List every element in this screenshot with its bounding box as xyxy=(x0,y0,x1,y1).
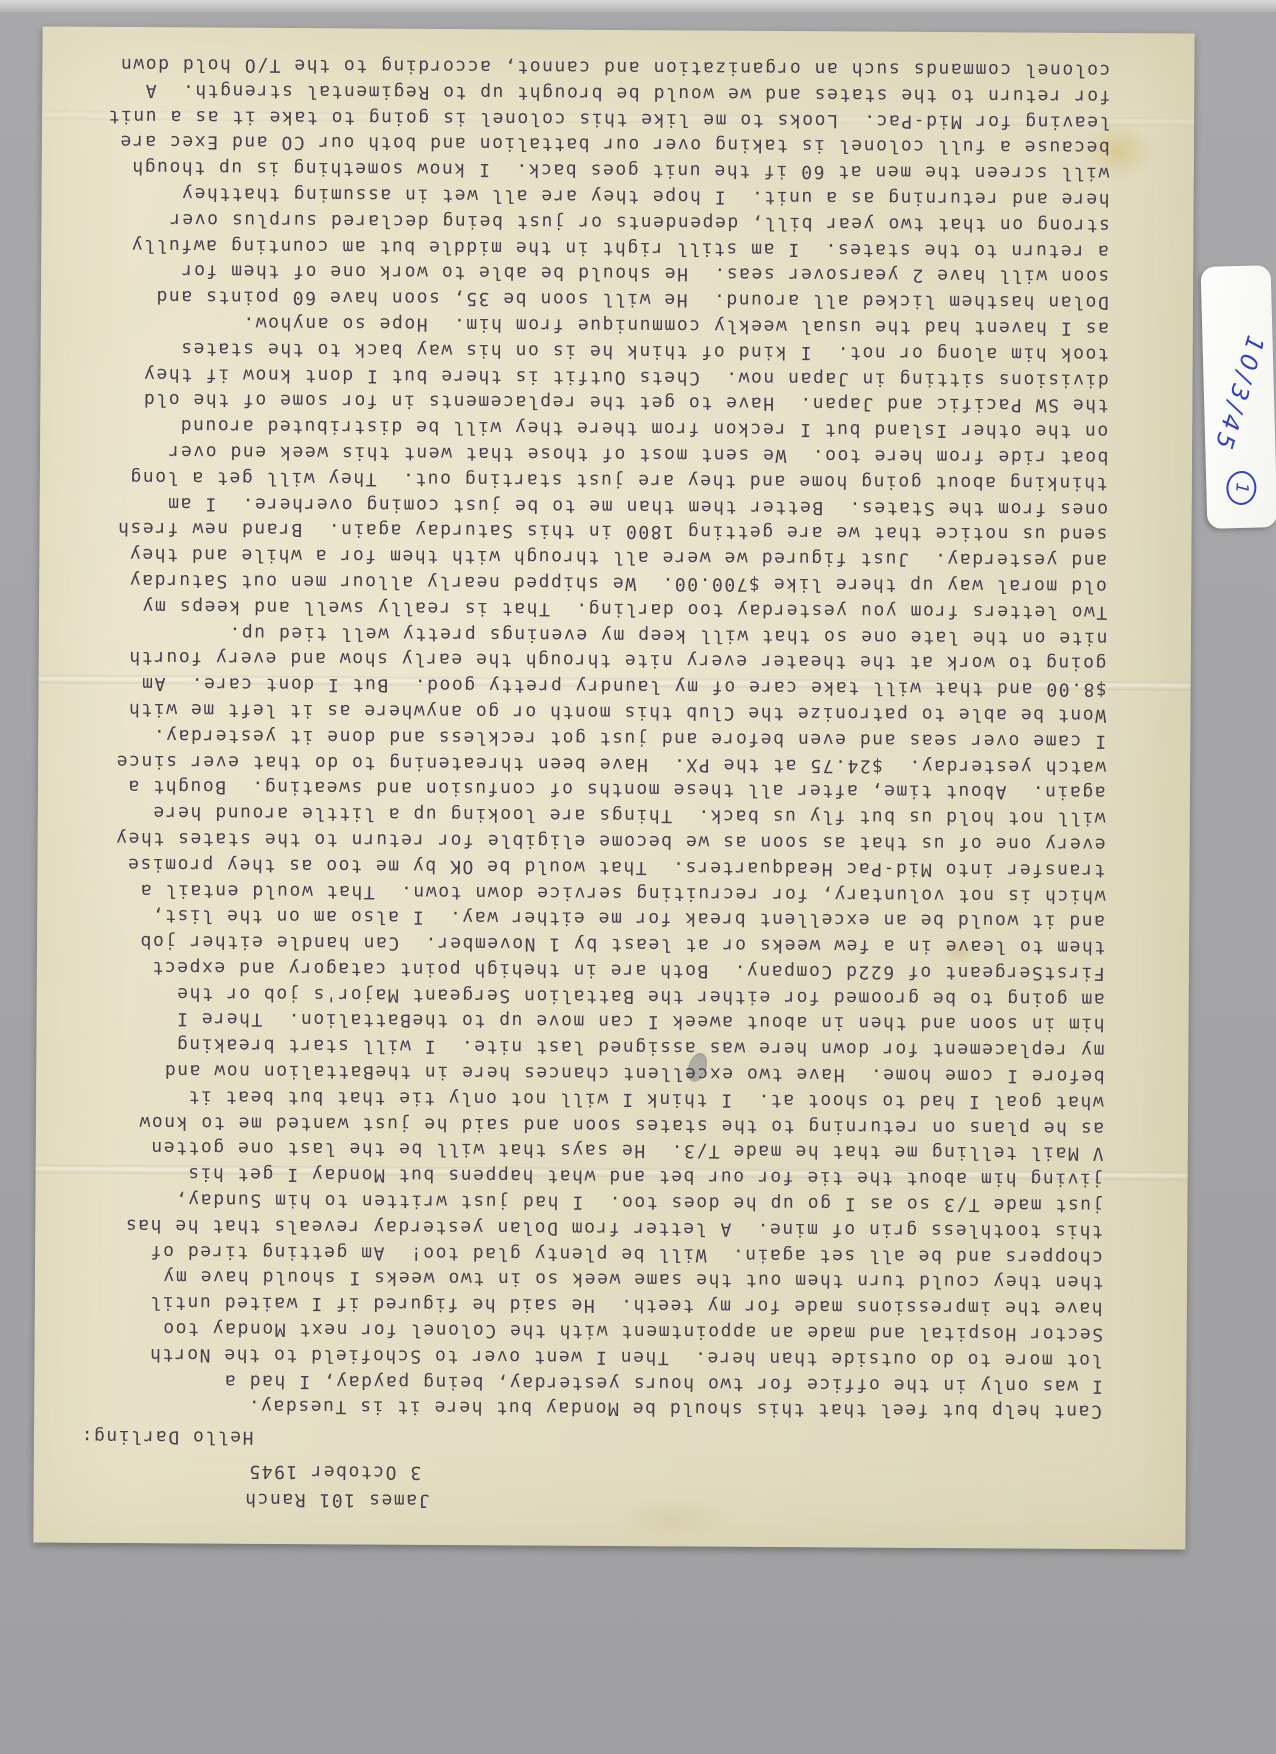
date-text: 3 October 1945 xyxy=(248,1458,422,1485)
archive-label: 10/3/45 1 xyxy=(1201,265,1276,529)
scanner-lid-edge xyxy=(0,0,1276,12)
salutation: Hello Darling: xyxy=(80,1423,254,1450)
sender-line: James 101 Ranch xyxy=(244,1486,430,1513)
sender-text: James 101 Ranch xyxy=(244,1486,430,1513)
label-date-annotation: 10/3/45 xyxy=(1208,332,1269,456)
scanner-background: colonel commands such an organization an… xyxy=(0,0,1276,1754)
paper-stain xyxy=(613,1498,733,1539)
letter-line: Cant help but feel that this should be M… xyxy=(70,1392,1102,1424)
label-page-number: 1 xyxy=(1225,470,1258,506)
letter-page: colonel commands such an organization an… xyxy=(33,26,1194,1549)
date-line: 3 October 1945 xyxy=(248,1458,422,1485)
salutation-text: Hello Darling: xyxy=(80,1423,254,1450)
letter-body: colonel commands such an organization an… xyxy=(70,51,1110,1425)
